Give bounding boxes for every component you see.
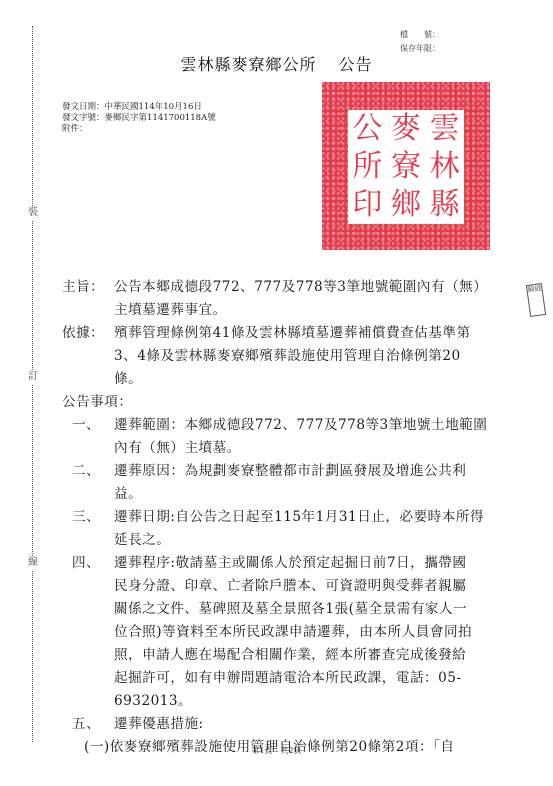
basis-line-2: 3、4條及雲林縣麥寮鄉殯葬設施使用管理自治條例第20: [62, 345, 512, 368]
basis-line-1: 依據：殯葬管理條例第41條及雲林縣墳墓遷葬補償費查估基準第: [62, 322, 512, 345]
seal-char: 印: [348, 186, 387, 224]
basis-text: 殯葬管理條例第41條及雲林縣墳墓遷葬補償費查估基準第: [114, 325, 471, 341]
seal-char: 所: [348, 148, 387, 186]
item-1-line-1: 一、遷葬範圍：本鄉成德段772、777及778等3筆地號土地範圍: [62, 414, 512, 437]
seal-char: 雲: [425, 110, 464, 148]
side-stamp-icon: 騎縫: [526, 283, 546, 317]
item-4-label: 四、: [62, 552, 114, 575]
item-5-text: 遷葬優惠措施:: [114, 716, 204, 732]
item-2-line-1: 二、遷葬原因：為規劃麥寮整體都市計劃區發展及增進公共利: [62, 460, 512, 483]
seal-char: 麥: [387, 110, 426, 148]
subject-text: 公告本鄉成德段772、777及778等3筆地號範圍內有（無）: [114, 279, 487, 295]
item-5-label: 五、: [62, 713, 114, 736]
item-2-line-2: 益。: [62, 483, 512, 506]
item-1-label: 一、: [62, 414, 114, 437]
official-seal-icon: 雲 林 縣 麥 寮 鄉 公 所 印: [322, 82, 490, 250]
subject-label: 主旨：: [62, 276, 114, 299]
item-4-line-7: 6932013。: [62, 690, 512, 713]
subject-line-1: 主旨：公告本鄉成德段772、777及778等3筆地號範圍內有（無）: [62, 276, 512, 299]
item-2-label: 二、: [62, 460, 114, 483]
binding-margin-line: [32, 26, 33, 742]
item-1-line-2: 內有（無）主墳墓。: [62, 437, 512, 460]
item-2-text: 遷葬原因：為規劃麥寮整體都市計劃區發展及增進公共利: [114, 463, 466, 479]
items-heading: 公告事項：: [62, 391, 512, 414]
binding-char-xian: 線: [26, 556, 40, 570]
doc-type: 公告: [339, 55, 373, 74]
seal-char: 縣: [425, 186, 464, 224]
item-3-line-1: 三、遷葬日期:自公告之日起至115年1月31日止，必要時本所得: [62, 506, 512, 529]
item-3-label: 三、: [62, 506, 114, 529]
item-3-line-2: 延長之。: [62, 529, 512, 552]
archive-no-label: 檔 號：: [400, 28, 440, 42]
binding-char-zhuang: 裝: [26, 206, 40, 220]
page-footer: 第1頁共2頁: [0, 745, 553, 756]
subject-line-2: 主墳墓遷葬事宜。: [62, 299, 512, 322]
document-meta: 發文日期：中華民國114年10月16日 發文字號：麥鄉民字第1141700118…: [62, 102, 216, 135]
attachment-label: 附件：: [62, 124, 216, 135]
item-3-text: 遷葬日期:自公告之日起至115年1月31日止，必要時本所得: [114, 509, 484, 525]
page-title: 雲林縣麥寮鄉公所公告: [0, 52, 553, 75]
item-5-line-1: 五、遷葬優惠措施:: [62, 713, 512, 736]
page-total: 共2頁: [281, 746, 302, 755]
item-4-line-6: 起掘許可，如有申辦問題請電洽本所民政課，電話：05-: [62, 667, 512, 690]
basis-label: 依據：: [62, 322, 114, 345]
seal-char: 公: [348, 110, 387, 148]
seal-char: 林: [425, 148, 464, 186]
item-4-line-5: 照，申請人應在場配合相關作業，經本所審查完成後發給: [62, 644, 512, 667]
basis-line-3: 條。: [62, 368, 512, 391]
issue-date: 發文日期：中華民國114年10月16日: [62, 102, 216, 113]
seal-char: 寮: [387, 148, 426, 186]
document-number: 發文字號：麥鄉民字第1141700118A號: [62, 113, 216, 124]
agency-name: 雲林縣麥寮鄉公所: [180, 55, 316, 74]
item-4-line-4: 位合照)等資料至本所民政課申請遷葬，由本所人員會同拍: [62, 621, 512, 644]
item-4-text: 遷葬程序:敬請墓主或關係人於預定起掘日前7日，攜帶國: [114, 555, 466, 571]
item-1-text: 遷葬範圍：本鄉成德段772、777及778等3筆地號土地範圍: [114, 417, 487, 433]
item-4-line-2: 民身分證、印章、亡者除戶謄本、可資證明與受葬者親屬: [62, 575, 512, 598]
page-number: 第1頁: [251, 746, 272, 755]
seal-char: 鄉: [387, 186, 426, 224]
item-4-line-3: 關係之文件、墓碑照及墓全景照各1張(墓全景需有家人一: [62, 598, 512, 621]
item-4-line-1: 四、遷葬程序:敬請墓主或關係人於預定起掘日前7日，攜帶國: [62, 552, 512, 575]
binding-char-ding: 訂: [26, 370, 40, 384]
seal-inner: 雲 林 縣 麥 寮 鄉 公 所 印: [348, 110, 464, 224]
announcement-body: 主旨：公告本鄉成德段772、777及778等3筆地號範圍內有（無） 主墳墓遷葬事…: [62, 276, 512, 759]
